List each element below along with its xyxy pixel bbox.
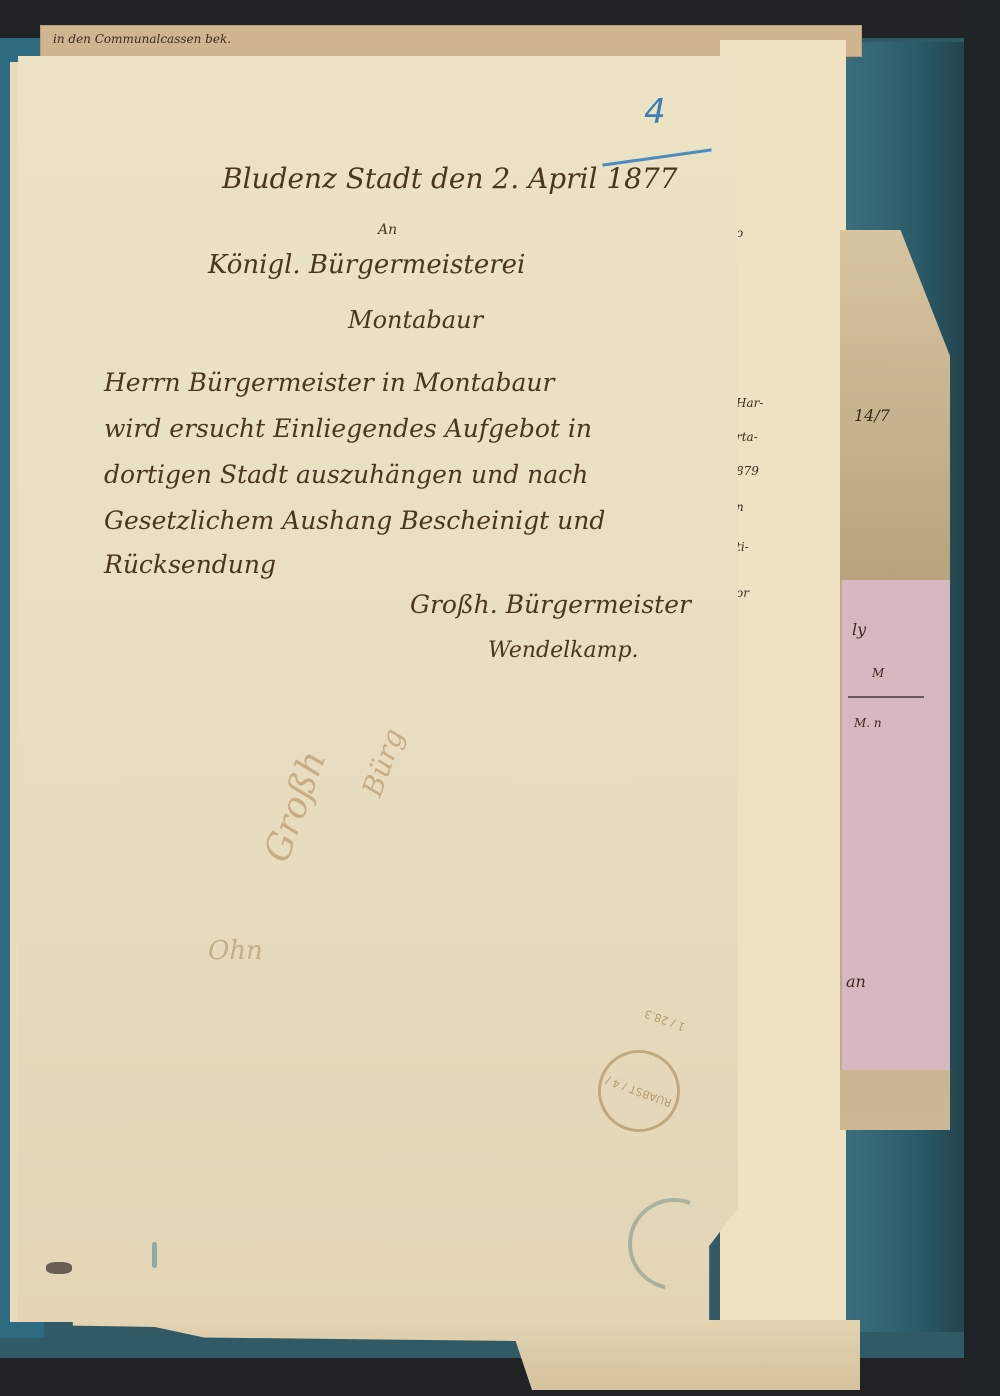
bleed-through-text: Bürg — [355, 724, 410, 801]
recipient-line-1: Königl. Bürgermeisterei — [208, 250, 525, 280]
blue-mark — [152, 1242, 157, 1268]
body-line: Herrn Bürgermeister in Montabaur — [104, 368, 555, 397]
signature: Wendelkamp. — [488, 638, 639, 663]
letter-page: 4 Bludenz Stadt den 2. April 1877 An Kön… — [18, 56, 738, 1322]
body-line: Gesetzlichem Aushang Bescheinigt und — [104, 506, 605, 535]
margin-fragment: 879 — [736, 464, 759, 478]
body-line: Rücksendung — [104, 550, 276, 579]
bleed-through-text: Großh — [257, 746, 335, 868]
body-line: dortigen Stadt auszuhängen und nach — [104, 460, 588, 489]
pink-fragment: ly — [852, 620, 866, 639]
ink-blot — [46, 1262, 72, 1274]
form-rule — [848, 696, 924, 698]
postal-stamp-text: RUABST / 4 / 1 / 28.3 — [604, 1007, 687, 1110]
postal-stamp: RUABST / 4 / 1 / 28.3 — [586, 1038, 691, 1143]
margin-fragment: Har- — [736, 396, 763, 410]
closing-title: Großh. Bürgermeister — [410, 590, 691, 619]
folio-number: 4 — [644, 92, 666, 132]
body-line: wird ersucht Einliegendes Aufgebot in — [104, 414, 592, 443]
place-date-line: Bludenz Stadt den 2. April 1877 — [222, 162, 678, 195]
scan-background — [964, 0, 1000, 1396]
pink-fragment: an — [846, 972, 866, 991]
pink-form-sheet: ly M M. n an — [840, 580, 950, 1070]
top-strip-text: in den Communalcassen bek. — [53, 32, 231, 46]
pink-fragment: M — [872, 666, 884, 680]
bleed-through-text: Ohn — [208, 936, 263, 966]
recipient-line-2: Montabaur — [348, 306, 483, 334]
pink-fragment: M. n — [854, 716, 882, 730]
margin-fragment: rta- — [736, 430, 758, 444]
ink-stamp — [628, 1198, 720, 1290]
underlying-sheet: o Har- rta- 879 n ti- or — [720, 40, 846, 1320]
address-prefix: An — [378, 222, 397, 238]
margin-fragment: 14/7 — [854, 406, 890, 425]
